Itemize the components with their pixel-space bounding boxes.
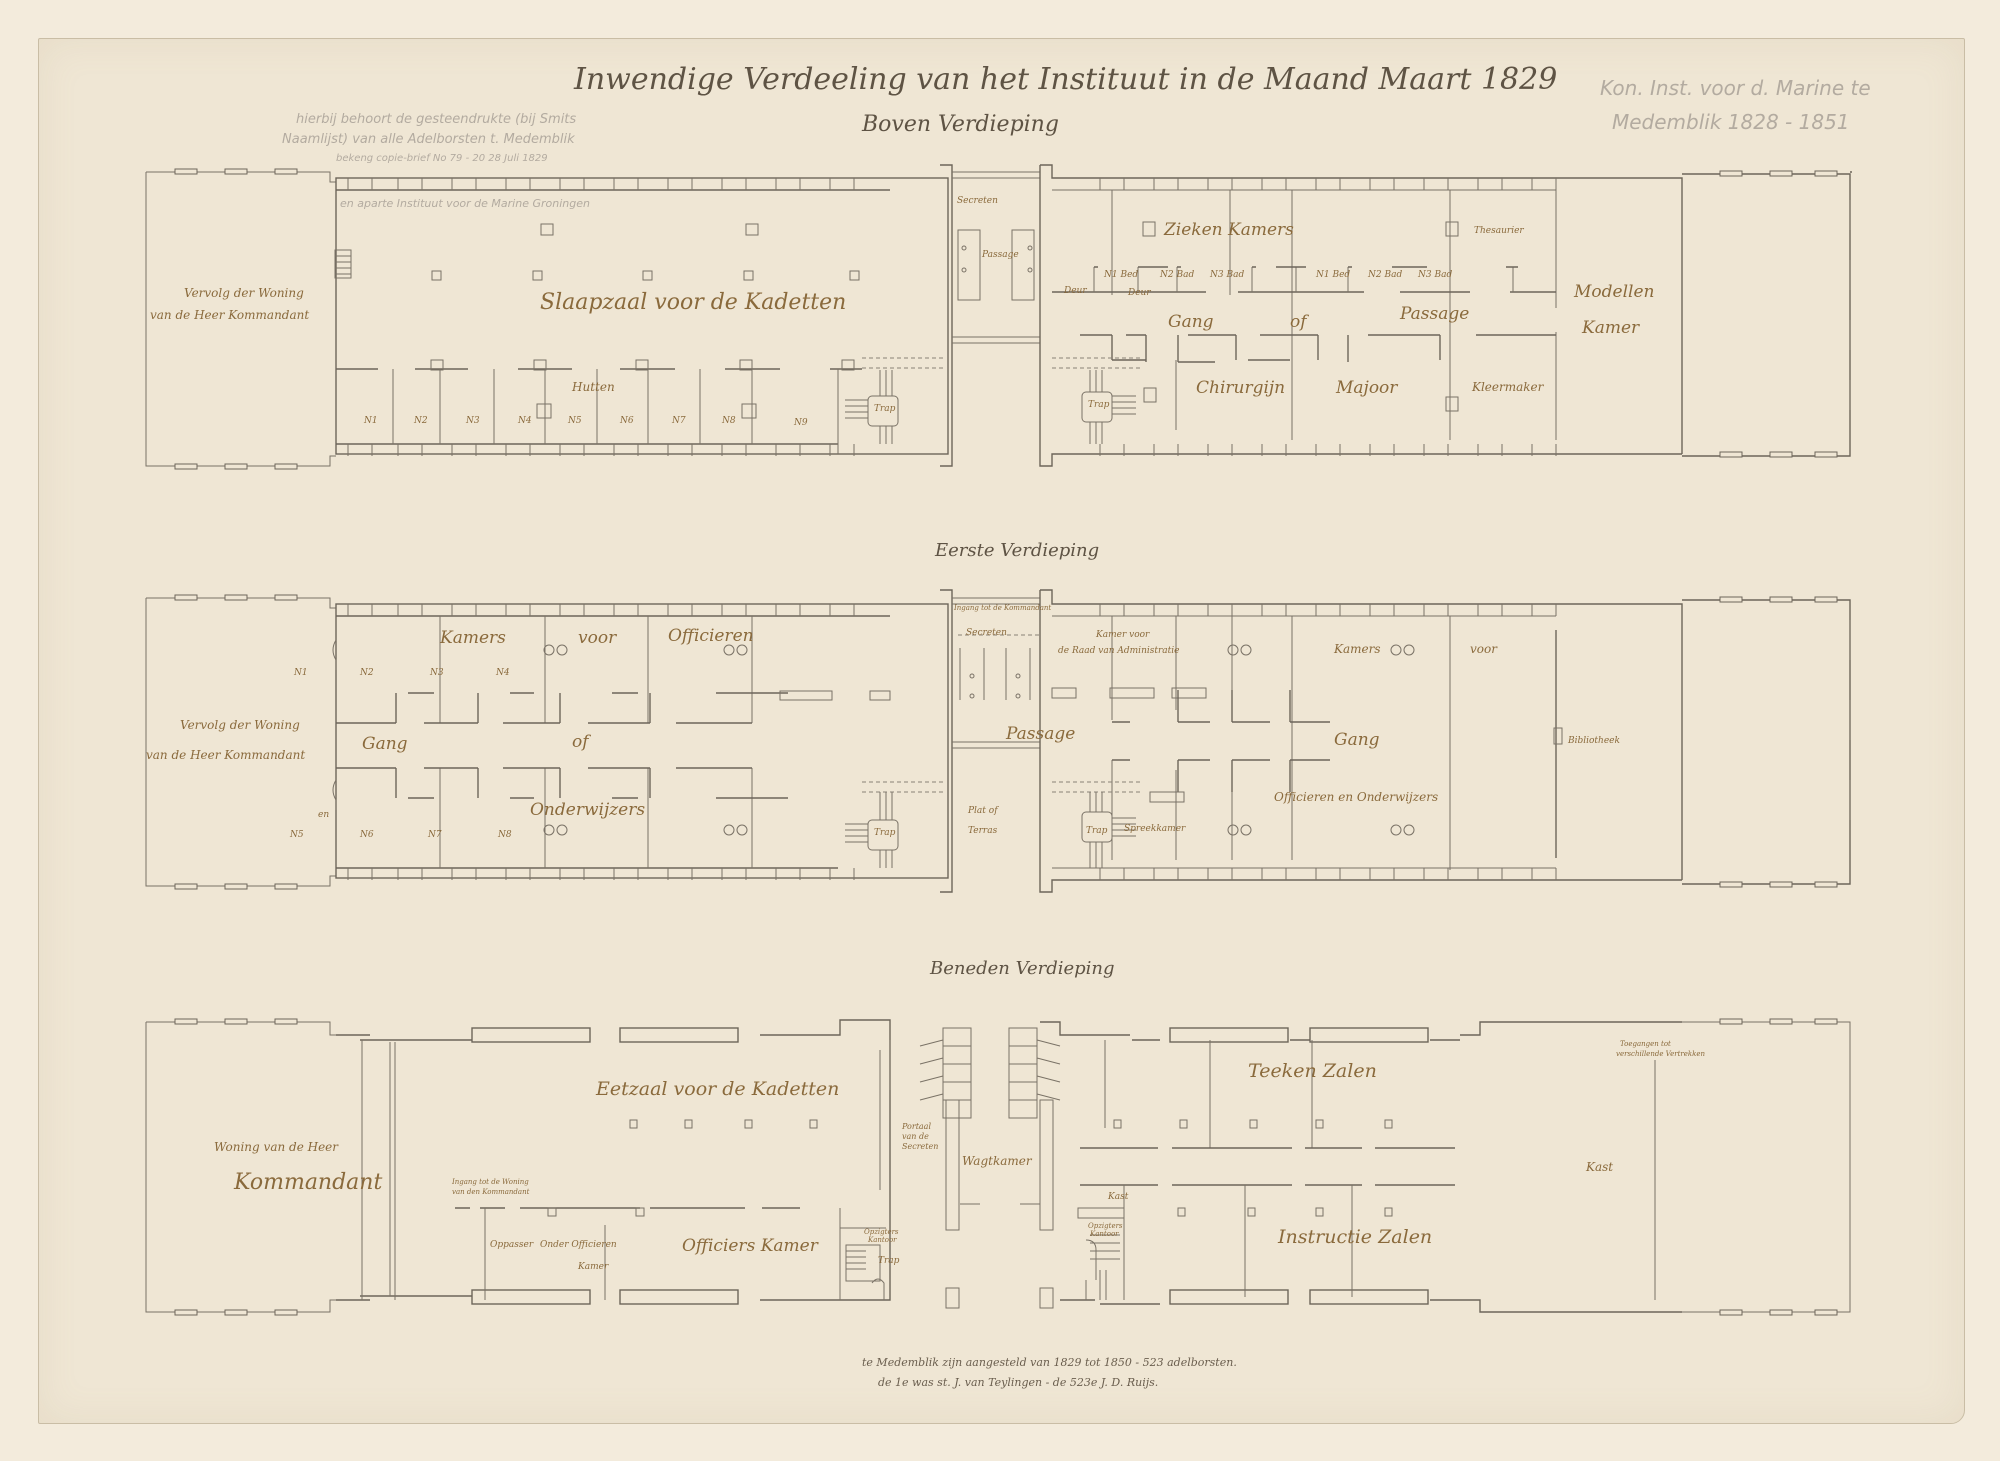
- label-closet-note-1: Toegangen tot: [1620, 1040, 1671, 1048]
- heading-beneden-verdieping: Beneden Verdieping: [930, 958, 1115, 979]
- cubicle-number: N1: [364, 416, 378, 426]
- label-door-2: Deur: [1128, 288, 1151, 298]
- label-dining-privies-1: Portaal: [902, 1122, 931, 1131]
- cubicle-number: N7: [672, 416, 686, 426]
- cubicle-number: N3: [466, 416, 480, 426]
- room-number: N2: [360, 668, 374, 678]
- room-number: N6: [360, 830, 374, 840]
- label-corridor-gang: Gang: [362, 734, 408, 754]
- bed-cell-label: N2 Bad: [1368, 270, 1402, 280]
- label-residence-1: Woning van de Heer: [214, 1140, 338, 1154]
- label-instruction-halls: Instructie Zalen: [1278, 1226, 1432, 1248]
- label-guard-room: Wagtkamer: [962, 1154, 1032, 1168]
- label-corridor-gang-right: Gang: [1334, 730, 1380, 750]
- label-surgeon: Chirurgijn: [1196, 378, 1285, 398]
- label-stairs-right: Trap: [1086, 826, 1107, 836]
- bed-cell-label: N1 Bed: [1316, 270, 1350, 280]
- label-left-wing-1: Vervolg der Woning: [184, 286, 304, 300]
- pencil-note-line-1: hierbij behoort de gesteendrukte (bij Sm…: [296, 112, 576, 127]
- label-closet-note-2: verschillende Vertrekken: [1616, 1050, 1705, 1058]
- cubicle-number: N2: [414, 416, 428, 426]
- archive-note-line-2: Medemblik 1828 - 1851: [1612, 110, 1850, 134]
- plan-title: Inwendige Verdeeling van het Instituut i…: [574, 62, 1557, 97]
- label-stair-note-left-1: Opzigters: [864, 1228, 899, 1236]
- room-number: N8: [498, 830, 512, 840]
- label-cupboard-2: Kast: [1108, 1192, 1128, 1202]
- floor-plan-boven: [146, 165, 1852, 469]
- cubicle-number: N8: [722, 416, 736, 426]
- heading-eerste-verdieping: Eerste Verdieping: [935, 540, 1099, 561]
- cubicle-number: N6: [620, 416, 634, 426]
- bed-cell-label: N3 Bad: [1210, 270, 1244, 280]
- room-number: N4: [496, 668, 510, 678]
- label-library: Bibliotheek: [1568, 736, 1620, 746]
- label-tailor: Kleermaker: [1472, 380, 1543, 394]
- label-admin-room-1: Kamer voor: [1096, 630, 1149, 640]
- label-corridor-passage: Passage: [1400, 304, 1469, 324]
- label-passage: Passage: [1006, 724, 1075, 744]
- label-models-room-2: Kamer: [1582, 318, 1639, 338]
- label-rooms-right-bottom: Officieren en Onderwijzers: [1274, 790, 1438, 804]
- label-left-wing-2: van de Heer Kommandant: [150, 308, 309, 322]
- label-corridor-of: of: [572, 732, 589, 752]
- cubicle-number: N5: [568, 416, 582, 426]
- label-stairs-left: Trap: [874, 404, 895, 414]
- label-commander-entrance: Ingang tot de Kommandant: [954, 604, 1051, 612]
- label-terrace-1: Plat of: [968, 806, 998, 816]
- room-number: N1: [294, 668, 308, 678]
- label-officers-room: Officiers Kamer: [682, 1236, 818, 1256]
- cubicle-number: N4: [518, 416, 532, 426]
- label-corridor-of: of: [1290, 312, 1307, 332]
- footer-note-line-2: de 1e was st. J. van Teylingen - de 523e…: [878, 1376, 1158, 1389]
- label-stair-note-left-2: Kantoor: [868, 1236, 897, 1244]
- pencil-note-line-2: Naamlijst) van alle Adelborsten t. Medem…: [282, 132, 575, 147]
- label-major: Majoor: [1336, 378, 1397, 398]
- label-servant: Oppasser: [490, 1240, 533, 1250]
- label-dormitory: Slaapzaal voor de Kadetten: [540, 290, 846, 315]
- label-left-wing-1: Vervolg der Woning: [180, 718, 300, 732]
- pencil-note-line-3: bekeng copie-brief No 79 - 20 28 Juli 18…: [336, 153, 548, 164]
- label-stairs: Trap: [878, 1256, 899, 1266]
- label-stair-note-right-2: Kantoor: [1090, 1230, 1119, 1238]
- label-models-room-1: Modellen: [1574, 282, 1654, 302]
- footer-note-line-1: te Medemblik zijn aangesteld van 1829 to…: [862, 1356, 1237, 1369]
- archive-note-line-1: Kon. Inst. voor d. Marine te: [1600, 76, 1871, 100]
- label-dining-privies-3: Secreten: [902, 1142, 938, 1151]
- label-dining-hall: Eetzaal voor de Kadetten: [596, 1078, 839, 1100]
- heading-boven-verdieping: Boven Verdieping: [862, 112, 1059, 137]
- label-treasurer: Thesaurier: [1474, 226, 1524, 236]
- label-dining-privies-2: van de: [902, 1132, 929, 1141]
- label-drawing-halls: Teeken Zalen: [1248, 1060, 1377, 1082]
- bed-cell-label: N1 Bed: [1104, 270, 1138, 280]
- label-privies: Secreten: [957, 196, 998, 206]
- label-stairs-right: Trap: [1088, 400, 1109, 410]
- label-rooms-voor: voor: [578, 628, 616, 648]
- label-stair-note-right-1: Opzigters: [1088, 1222, 1123, 1230]
- bed-cell-label: N2 Bad: [1160, 270, 1194, 280]
- label-entrance-note-2: van den Kommandant: [452, 1188, 529, 1196]
- label-terrace-2: Terras: [968, 826, 997, 836]
- room-number: N3: [430, 668, 444, 678]
- label-cupboard-1: Kast: [1586, 1160, 1613, 1174]
- label-entrance-note-1: Ingang tot de Woning: [452, 1178, 529, 1186]
- label-sick-rooms: Zieken Kamers: [1164, 220, 1294, 240]
- label-admin-room-2: de Raad van Administratie: [1058, 646, 1179, 656]
- label-door-1: Deur: [1064, 286, 1087, 296]
- label-rooms-kamers: Kamers: [440, 628, 506, 648]
- label-corridor-gang: Gang: [1168, 312, 1214, 332]
- label-rooms-voor-right: voor: [1470, 642, 1497, 656]
- label-nco-room-1: Onder Officieren: [540, 1240, 617, 1250]
- label-parlor: Spreekkamer: [1124, 824, 1185, 834]
- label-residence-2: Kommandant: [234, 1170, 382, 1195]
- label-passage-small: Passage: [982, 250, 1019, 260]
- label-stairs-left: Trap: [874, 828, 895, 838]
- room-number: N5: [290, 830, 304, 840]
- bed-cell-label: N3 Bad: [1418, 270, 1452, 280]
- label-privies: Secreten: [966, 628, 1007, 638]
- label-rooms-kamers-right: Kamers: [1334, 642, 1381, 656]
- label-rooms-officieren: Officieren: [668, 626, 754, 646]
- label-nco-room-2: Kamer: [578, 1262, 608, 1272]
- label-cubicles: Hutten: [572, 380, 615, 394]
- label-left-wing-2: van de Heer Kommandant: [146, 748, 305, 762]
- cubicle-number: N9: [794, 418, 808, 428]
- pencil-note-line-4: en aparte Instituut voor de Marine Groni…: [340, 197, 590, 210]
- label-rooms-en: en: [318, 810, 329, 820]
- room-number: N7: [428, 830, 442, 840]
- label-rooms-onderwijzers: Onderwijzers: [530, 800, 645, 820]
- floor-plan-drawing: [0, 0, 2000, 1461]
